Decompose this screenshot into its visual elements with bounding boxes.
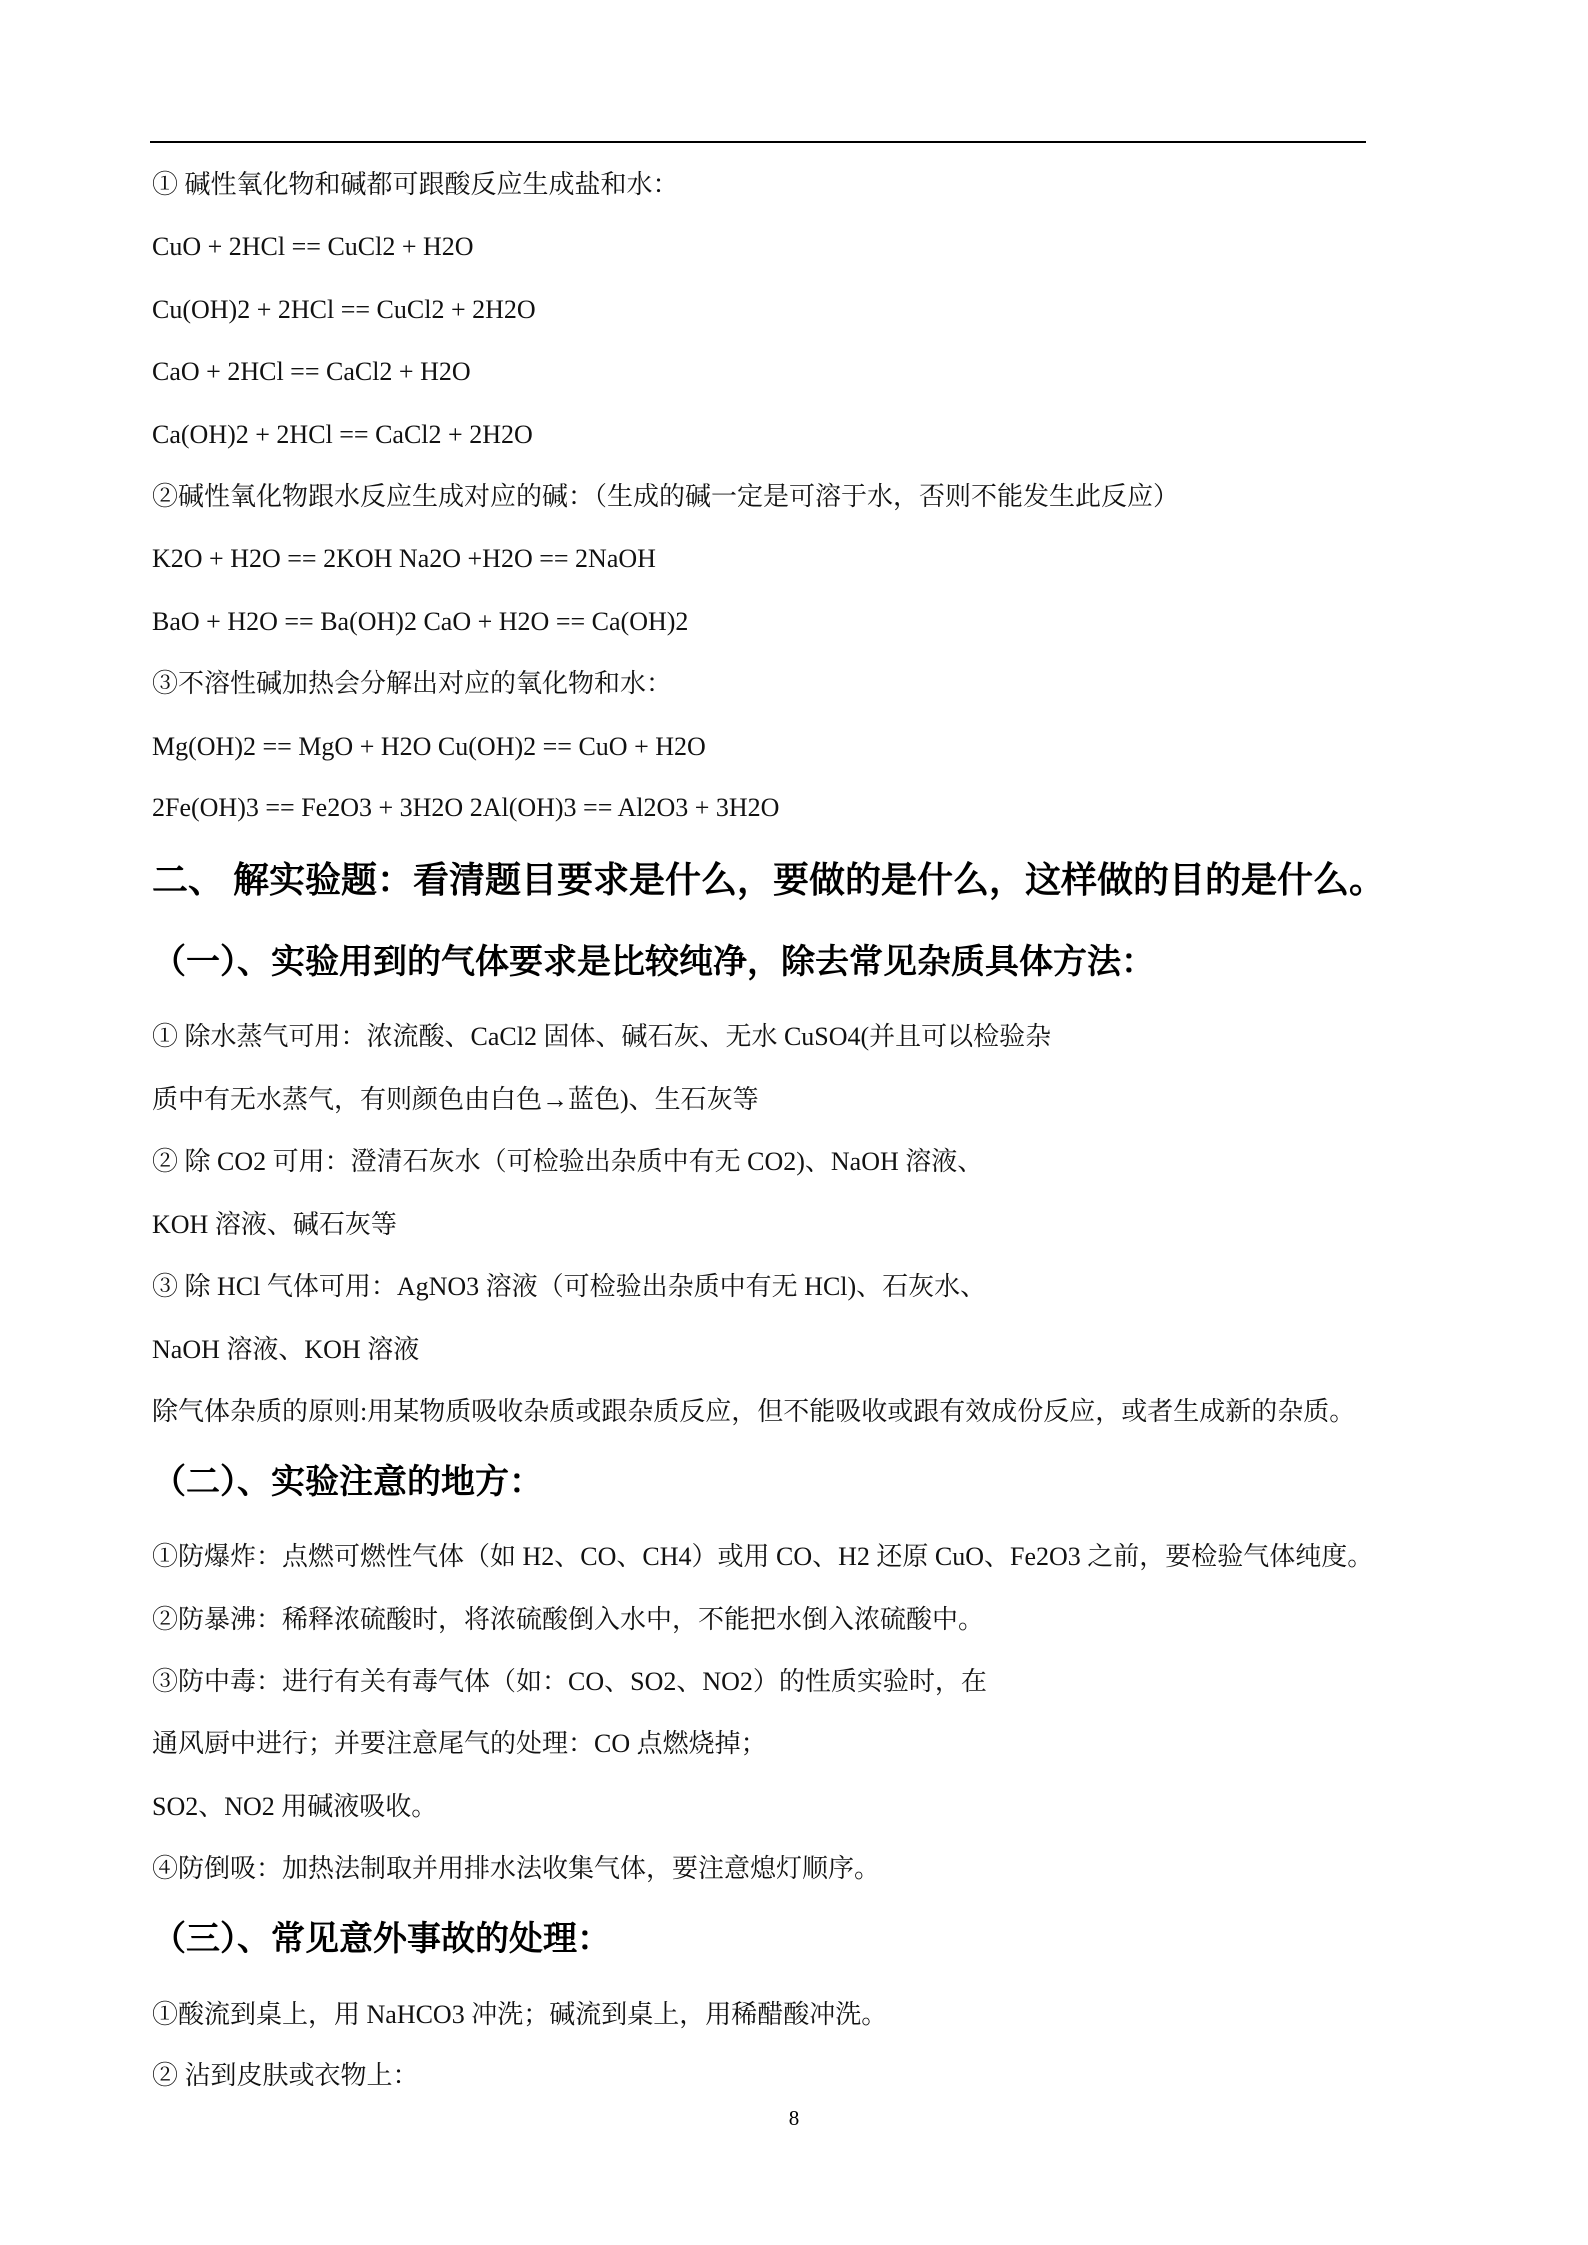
text-line: 质中有无水蒸气，有则颜色由白色→蓝色)、生石灰等 [152, 1084, 759, 1116]
text-line: 通风厨中进行；并要注意尾气的处理：CO 点燃烧掉； [152, 1728, 767, 1760]
text-line: ① 碱性氧化物和碱都可跟酸反应生成盐和水： [152, 169, 679, 201]
document-page: ① 碱性氧化物和碱都可跟酸反应生成盐和水： CuO + 2HCl == CuCl… [0, 0, 1588, 2245]
text-line: ②碱性氧化物跟水反应生成对应的碱：（生成的碱一定是可溶于水，否则不能发生此反应） [152, 481, 1179, 513]
equation-line: K2O + H2O == 2KOH Na2O +H2O == 2NaOH [152, 543, 656, 575]
subsection-heading: （一）、实验用到的气体要求是比较纯净，除去常见杂质具体方法： [152, 942, 1155, 984]
text-line: ②防暴沸：稀释浓硫酸时，将浓硫酸倒入水中，不能把水倒入浓硫酸中。 [152, 1604, 984, 1636]
subsection-heading: （二）、实验注意的地方： [152, 1462, 543, 1504]
equation-line: 2Fe(OH)3 == Fe2O3 + 3H2O 2Al(OH)3 == Al2… [152, 792, 779, 824]
text-line: 除气体杂质的原则:用某物质吸收杂质或跟杂质反应，但不能吸收或跟有效成份反应，或者… [152, 1396, 1355, 1428]
equation-line: CuO + 2HCl == CuCl2 + H2O [152, 231, 474, 263]
text-line: ①酸流到桌上，用 NaHCO3 冲洗；碱流到桌上，用稀醋酸冲洗。 [152, 1999, 887, 2031]
text-line: ② 沾到皮肤或衣物上： [152, 2060, 419, 2092]
text-line: ③防中毒：进行有关有毒气体（如：CO、SO2、NO2）的性质实验时，在 [152, 1666, 987, 1698]
header-rule [150, 141, 1366, 143]
text-line: ③不溶性碱加热会分解出对应的氧化物和水： [152, 668, 672, 700]
equation-line: CaO + 2HCl == CaCl2 + H2O [152, 356, 471, 388]
text-line: ② 除 CO2 可用：澄清石灰水（可检验出杂质中有无 CO2)、NaOH 溶液、 [152, 1146, 983, 1178]
equation-line: BaO + H2O == Ba(OH)2 CaO + H2O == Ca(OH)… [152, 606, 688, 638]
equation-line: Ca(OH)2 + 2HCl == CaCl2 + 2H2O [152, 419, 533, 451]
text-line: SO2、NO2 用碱液吸收。 [152, 1791, 437, 1823]
text-line: ④防倒吸：加热法制取并用排水法收集气体，要注意熄灯顺序。 [152, 1853, 880, 1885]
equation-line: Cu(OH)2 + 2HCl == CuCl2 + 2H2O [152, 294, 536, 326]
text-line: ① 除水蒸气可用：浓流酸、CaCl2 固体、碱石灰、无水 CuSO4(并且可以检… [152, 1021, 1051, 1053]
page-number: 8 [784, 2105, 804, 2131]
text-line: ③ 除 HCl 气体可用：AgNO3 溶液（可检验出杂质中有无 HCl)、石灰水… [152, 1271, 986, 1303]
text-line: NaOH 溶液、KOH 溶液 [152, 1334, 419, 1366]
section-heading: 二、 解实验题：看清题目要求是什么，要做的是什么，这样做的目的是什么。 [152, 859, 1385, 901]
subsection-heading: （三）、常见意外事故的处理： [152, 1919, 611, 1961]
text-line: KOH 溶液、碱石灰等 [152, 1209, 397, 1241]
equation-line: Mg(OH)2 == MgO + H2O Cu(OH)2 == CuO + H2… [152, 731, 706, 763]
text-line: ①防爆炸：点燃可燃性气体（如 H2、CO、CH4）或用 CO、H2 还原 CuO… [152, 1541, 1373, 1573]
